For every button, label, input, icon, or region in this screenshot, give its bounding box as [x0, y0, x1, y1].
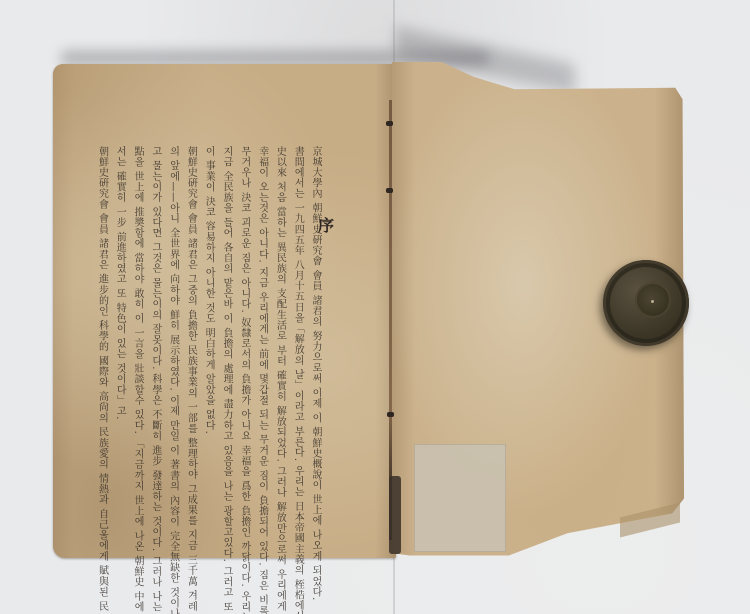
text-column: 朝鮮史硏究會 會員 諸君은 進步的인 科學的 國際와 高尙의 民族愛의 情熱과 … [93, 146, 111, 526]
paperweight [603, 260, 689, 346]
spine-damage [389, 476, 401, 554]
book-spine [389, 100, 392, 540]
repair-tape-patch [414, 444, 506, 552]
text-column: 고 물는이가 있다면 그것은 물는이의 잘못이다. 科學은 不斷히 進步 發達하… [146, 146, 164, 526]
text-column: 幸福이 오는것은 아니다. 지금 우리에게는 前에 몇갑절 되는 무거운 짐이 … [253, 146, 271, 526]
text-column: 書間에서는 一九四五年 八月十五日을「解放의 날」이라고 부른다. 우리는 日本… [288, 146, 306, 526]
binding-stitch [386, 121, 393, 126]
text-column: 點을 世上에 推奬함에 當하야 敢히 이 一言을 壯談할수 있다. 「지금까지 … [128, 146, 146, 526]
text-column: 서는 確實히 一步 前進하였고 또 特色이 있는 것이다」고. [110, 146, 128, 526]
text-column: 史以來 처음 當하는 異民族의 支配生活로 부터 確實히 解放되었다. 그러나 … [271, 146, 289, 526]
text-column: 이 事業이 決코 容易하지 아니한 것도 明白하게 알았을 없다. [199, 146, 217, 526]
binding-stitch [386, 188, 393, 193]
text-column: 의 앞에——아니 全世界에 向하야 鮮히 展示하였다. 이제 만일 이 著書의 … [164, 146, 182, 526]
paperweight-highlight [651, 300, 654, 303]
text-column: 朝鮮史硏究會 會員 諸君은 그중의 負擔한 民族事業의 一部를 整理하야 그成果… [182, 146, 200, 526]
binding-stitch [387, 412, 394, 417]
text-column: 지금 全民族을 들어 各自의 맡은바 이 負擔의 處理에 盡力하고 있음을 나는… [217, 146, 235, 526]
text-column: 무거우나 決코 괴로운 짐은 아니다. 奴隸로서의 負擔가 아니요 幸福을 爲한… [235, 146, 253, 526]
preface-text-block: 京城大學內 朝鮮史硏究會 會員 諸君의 努力으로써 이제 이 朝鮮史概說이 世上… [92, 146, 324, 526]
text-column: 京城大學內 朝鮮史硏究會 會員 諸君의 努力으로써 이제 이 朝鮮史概說이 世上… [306, 146, 324, 526]
